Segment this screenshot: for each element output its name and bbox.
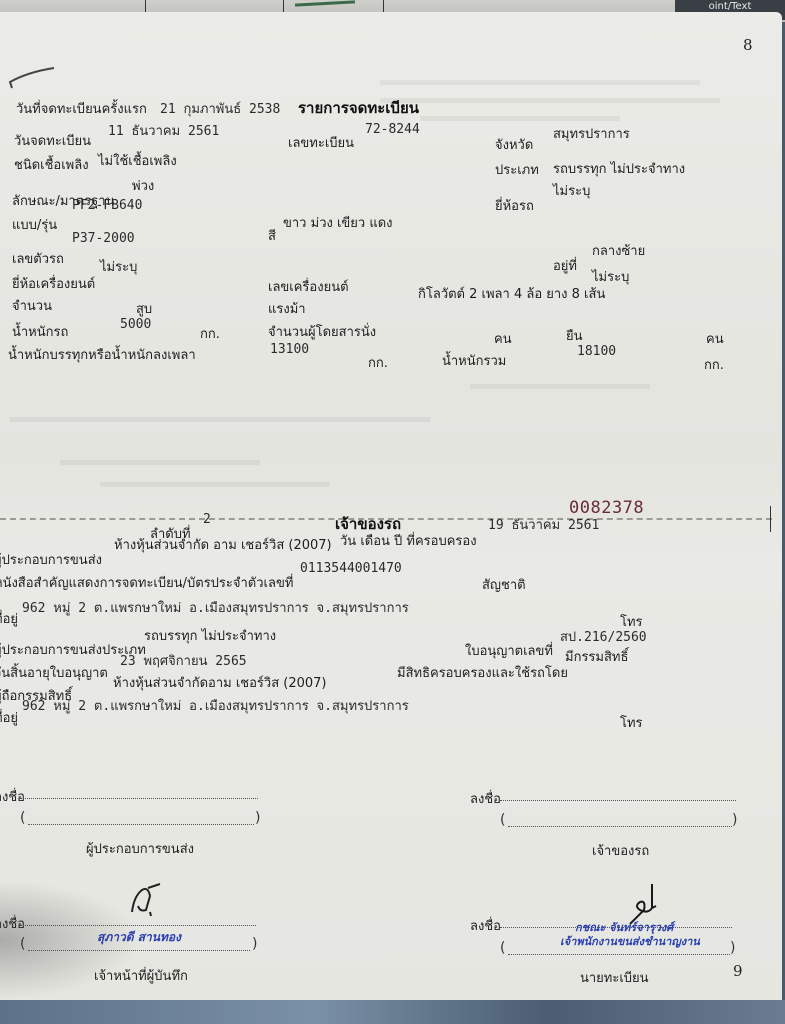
page-number-top: 8 [743, 36, 753, 54]
fuel-value: ไม่ใช้เชื้อเพลิง [98, 150, 177, 171]
first-registration-date: 21 กุมภาพันธ์ 2538 [160, 98, 280, 119]
registrar-name-line[interactable] [508, 954, 730, 955]
chassis-value: P37-2000 [72, 231, 135, 246]
vehicle-weight-unit: กก. [200, 323, 220, 344]
bleed-through [380, 98, 720, 103]
license-expiry-value: 23 พฤศจิกายน 2565 [120, 650, 247, 671]
bleed-through [60, 460, 260, 465]
chassis-location-value: กลางซ้าย [592, 240, 645, 261]
operator-name-line[interactable] [28, 824, 254, 825]
model-value: PF2-FB640 [72, 198, 142, 213]
open-paren: ( [20, 810, 25, 826]
bleed-through [420, 116, 620, 121]
holder-phone-label: โทร [620, 712, 643, 733]
possession-date-label: วัน เดือน ปี ที่ครอบครอง [340, 530, 477, 551]
horsepower-label: แรงม้า [268, 298, 306, 319]
operator-sign-label: ลงชื่อ [0, 786, 25, 807]
vehicle-weight-label: น้ำหนักรถ [12, 321, 68, 342]
possession-date: 19 ธันวาคม 2561 [488, 514, 599, 535]
kilowatt-axle-wheel-line: กิโลวัตต์ 2 เพลา 4 ล้อ ยาง 8 เส้น [418, 283, 605, 304]
sequence-value: 2 [203, 512, 211, 527]
engine-brand-value: ไม่ระบุ [100, 256, 137, 277]
background-fabric-bottom [0, 1000, 785, 1024]
right-label: มีสิทธิครอบครองและใช้รถโดย [397, 662, 568, 683]
bleed-through [470, 384, 650, 389]
holder-address-label: ที่อยู่ [0, 707, 18, 728]
right-value: มีกรรมสิทธิ์ [565, 646, 628, 667]
model-label: แบบ/รุ่น [12, 214, 57, 235]
close-paren: ) [732, 812, 737, 828]
operator-value: ห้างหุ้นส่วนจำกัด อาม เชอร์วิส (2007) [114, 534, 332, 555]
id-label: หนังสือสำคัญแสดงการจดทะเบียน/บัตรประจำตั… [0, 572, 293, 593]
engine-number-label: เลขเครื่องยนต์ [268, 276, 349, 297]
operator-label: ผู้ประกอบการขนส่ง [0, 549, 102, 570]
total-weight-value: 18100 [577, 344, 616, 359]
cylinders-unit: สูบ [136, 298, 152, 319]
chassis-location-label: อยู่ที่ [553, 255, 577, 276]
first-registration-label: วันที่จดทะเบียนครั้งแรก [16, 98, 147, 119]
checkmark-icon [8, 64, 58, 94]
brand-value: ไม่ระบุ [553, 180, 590, 201]
background-stroke [295, 0, 355, 6]
registrar-title-stamp: เจ้าพนักงานขนส่งชำนาญงาน [560, 932, 700, 950]
owner-sign-label: ลงชื่อ [470, 788, 501, 809]
bleed-through [380, 80, 700, 85]
type-label: ประเภท [495, 159, 539, 180]
operator-signature-line[interactable] [20, 798, 258, 799]
seats-label: จำนวนผู้โดยสารนั่ง [268, 321, 376, 342]
province-value: สมุทรปราการ [553, 123, 630, 144]
load-weight-unit: กก. [368, 352, 388, 373]
reg-date-value: 11 ธันวาคม 2561 [108, 120, 219, 141]
page-number-bottom: 9 [733, 962, 743, 980]
standing-label: ยืน [566, 325, 583, 346]
type-value: รถบรรทุก ไม่ประจำทาง [553, 158, 685, 179]
photo-shadow [0, 880, 140, 1000]
license-number-label: ใบอนุญาตเลขที่ [465, 640, 553, 661]
open-paren: ( [500, 812, 505, 828]
color-label: สี [268, 225, 276, 246]
load-weight-value: 13100 [270, 342, 309, 357]
holder-address-value: 962 หมู่ 2 ต.แพรกษาใหม่ อ.เมืองสมุทรปราก… [22, 695, 409, 716]
seats-unit: คน [494, 328, 512, 349]
license-number: สป.216/2560 [560, 626, 647, 647]
fuel-label: ชนิดเชื้อเพลิง [14, 154, 89, 175]
standing-unit: คน [706, 328, 724, 349]
transport-type-value: รถบรรทุก ไม่ประจำทาง [144, 625, 276, 646]
close-paren: ) [252, 936, 257, 952]
bleed-through [100, 482, 330, 487]
close-paren: ) [730, 940, 735, 956]
province-label: จังหวัด [495, 134, 533, 155]
address-label: ที่อยู่ [0, 608, 18, 629]
vehicle-weight-value: 5000 [120, 317, 151, 332]
address-value: 962 หมู่ 2 ต.แพรกษาใหม่ อ.เมืองสมุทรปราก… [22, 597, 409, 618]
total-weight-label: น้ำหนักรวม [442, 350, 506, 371]
id-value: 0113544001470 [300, 561, 402, 576]
total-weight-unit: กก. [704, 354, 724, 375]
open-paren: ( [500, 940, 505, 956]
cylinders-label: จำนวน [12, 295, 52, 316]
holder-value: ห้างหุ้นส่วนจำกัดอาม เชอร์วิส (2007) [113, 672, 326, 693]
reg-date-label: วันจดทะเบียน [14, 130, 91, 151]
registrar-role: นายทะเบียน [580, 967, 649, 988]
plate-value: 72-8244 [365, 122, 420, 137]
registration-title: รายการจดทะเบียน [298, 96, 419, 120]
engine-brand-label: ยี่ห้อเครื่องยนต์ [12, 273, 95, 294]
load-weight-label: น้ำหนักบรรทุกหรือน้ำหนักลงเพลา [8, 344, 196, 365]
plate-label: เลขทะเบียน [288, 132, 354, 153]
bleed-through [10, 417, 430, 422]
chassis-label: เลขตัวรถ [12, 248, 64, 269]
nationality-label: สัญชาติ [482, 574, 526, 595]
registrar-sign-label: ลงชื่อ [470, 915, 501, 936]
owner-role: เจ้าของรถ [592, 840, 649, 861]
owner-signature-line[interactable] [500, 800, 736, 801]
color-value: ขาว ม่วง เขียว แดง [283, 212, 393, 233]
owner-name-line[interactable] [508, 826, 732, 827]
brand-label: ยี่ห้อรถ [495, 195, 534, 216]
registration-document-page: 8 วันที่จดทะเบียนครั้งแรก 21 กุมภาพันธ์ … [0, 12, 782, 1004]
license-expiry-label: วันสิ้นอายุใบอนุญาต [0, 662, 108, 683]
operator-role: ผู้ประกอบการขนส่ง [86, 838, 194, 859]
character-value: พ่วง [132, 175, 154, 196]
close-paren: ) [255, 810, 260, 826]
perforation-marker [770, 506, 771, 532]
